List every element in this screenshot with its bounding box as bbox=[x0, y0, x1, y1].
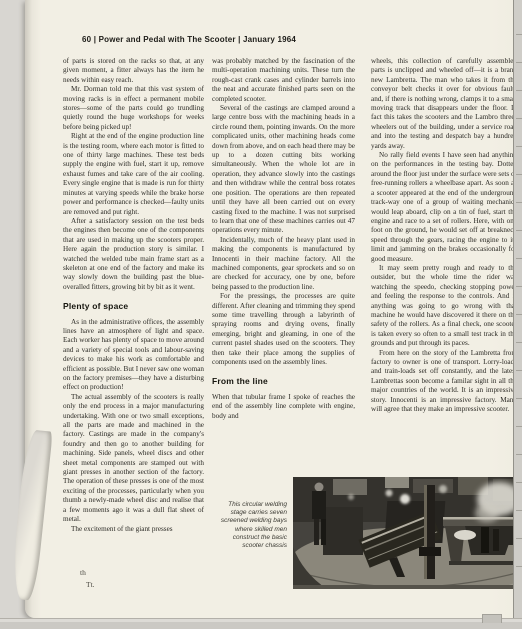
section-heading-plenty-of-space: Plenty of space bbox=[63, 302, 204, 311]
stray-print-mark: Tt. bbox=[86, 580, 95, 589]
scan-corner-tab bbox=[482, 614, 502, 623]
scan-edge-bottom bbox=[0, 618, 522, 629]
scan-edge-right bbox=[513, 0, 522, 629]
paragraph: For the pressings, the processes are qui… bbox=[212, 292, 355, 367]
paragraph: After a satisfactory session on the test… bbox=[63, 217, 204, 292]
stray-print-mark: th bbox=[80, 568, 86, 577]
column2-top-paragraphs: was probably matched by the fascination … bbox=[212, 57, 355, 367]
paragraph: Incidentally, much of the heavy plant us… bbox=[212, 236, 355, 292]
column2-bottom-paragraphs: When that tubular frame I spoke of reach… bbox=[212, 393, 355, 421]
magazine-page: 60 | Power and Pedal with The Scooter | … bbox=[25, 0, 515, 618]
paragraph: The excitement of the giant presses bbox=[63, 525, 204, 534]
section-heading-from-the-line: From the line bbox=[212, 377, 355, 386]
factory-photo bbox=[293, 477, 522, 589]
paragraph: As in the administrative offices, the as… bbox=[63, 318, 204, 393]
paragraph: Mr. Dorman told me that this vast system… bbox=[63, 85, 204, 132]
paragraph: of parts is stored on the racks so that,… bbox=[63, 57, 204, 85]
paragraph: Several of the castings are clamped arou… bbox=[212, 104, 355, 236]
paragraph: wheels, this collection of carefully ass… bbox=[371, 57, 517, 151]
column1-top-paragraphs: of parts is stored on the racks so that,… bbox=[63, 57, 204, 292]
text-column-2: was probably matched by the fascination … bbox=[212, 57, 355, 421]
page-header: 60 | Power and Pedal with The Scooter | … bbox=[82, 35, 296, 44]
text-column-3: wheels, this collection of carefully ass… bbox=[371, 57, 517, 414]
text-column-1: of parts is stored on the racks so that,… bbox=[63, 57, 204, 534]
column1-bottom-paragraphs: As in the administrative offices, the as… bbox=[63, 318, 204, 534]
photo-caption: This circular welding stage carries seve… bbox=[214, 501, 287, 550]
paragraph: was probably matched by the fascination … bbox=[212, 57, 355, 104]
paragraph: The actual assembly of the scooters is r… bbox=[63, 393, 204, 525]
column3-paragraphs: wheels, this collection of carefully ass… bbox=[371, 57, 517, 414]
paragraph: When that tubular frame I spoke of reach… bbox=[212, 393, 355, 421]
paragraph: It may seem pretty rough and ready to th… bbox=[371, 264, 517, 349]
paragraph: From here on the story of the Lambretta … bbox=[371, 349, 517, 415]
worker-figure bbox=[312, 483, 326, 546]
paragraph: Right at the end of the engine productio… bbox=[63, 132, 204, 217]
welding-screen bbox=[323, 507, 363, 555]
paragraph: No rally field events I have seen had an… bbox=[371, 151, 517, 264]
